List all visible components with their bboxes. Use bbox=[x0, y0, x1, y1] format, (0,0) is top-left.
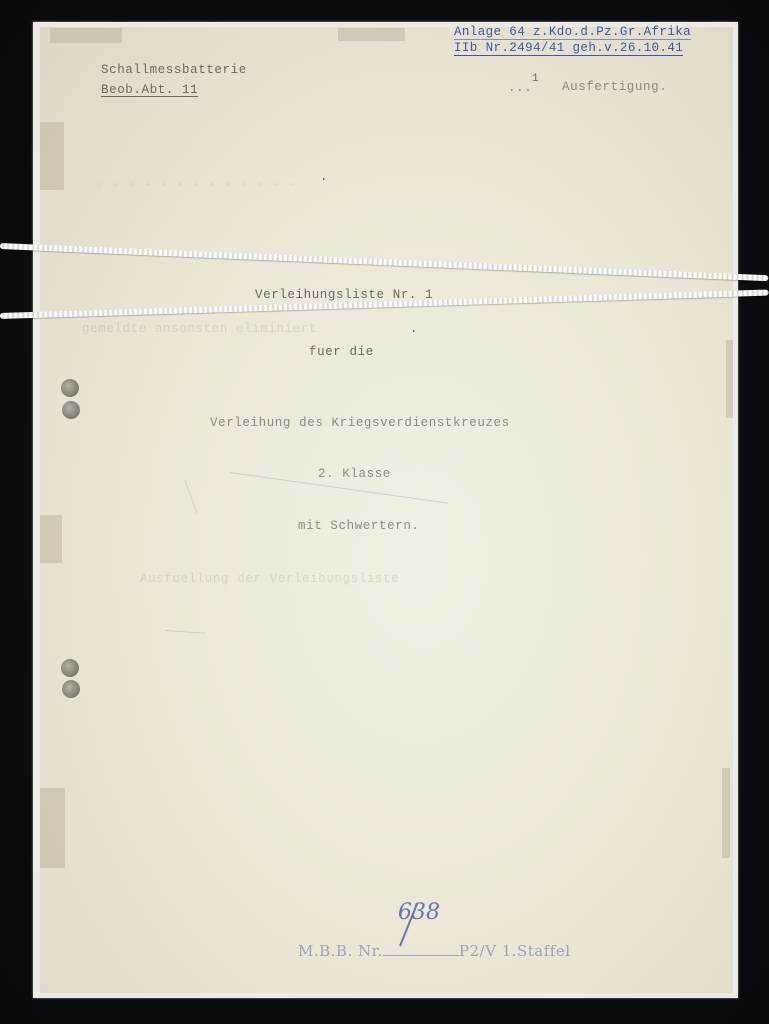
bleed-through-text: Ausfuellung der Verleihungsliste bbox=[140, 572, 399, 586]
mounting-tape bbox=[338, 28, 405, 41]
bleed-through-text: gemeldte ansonsten eliminiert bbox=[82, 322, 317, 336]
stray-dot: . bbox=[320, 170, 328, 184]
mounting-tape bbox=[40, 122, 64, 190]
body-line-fuer-die: fuer die bbox=[309, 345, 374, 359]
punch-hole bbox=[62, 680, 80, 698]
mounting-tape bbox=[40, 515, 62, 563]
bleed-through-dots: . . . . . . . . . . . . . bbox=[95, 175, 298, 189]
punch-hole bbox=[61, 659, 79, 677]
mounting-tape bbox=[726, 340, 733, 418]
body-line-swords: mit Schwertern. bbox=[298, 519, 420, 533]
mounting-tape bbox=[40, 788, 65, 868]
copy-label: Ausfertigung. bbox=[562, 80, 667, 94]
unit-subdivision: Beob.Abt. 11 bbox=[101, 83, 198, 97]
footer-stamp-suffix: P2/V 1.Staffel bbox=[459, 942, 571, 960]
unit-name: Schallmessbatterie bbox=[101, 63, 247, 77]
stray-dot: . bbox=[410, 322, 418, 336]
punch-hole bbox=[61, 379, 79, 397]
body-line-award: Verleihung des Kriegsverdienstkreuzes bbox=[210, 416, 510, 430]
reference-stamp-line1: Anlage 64 z.Kdo.d.Pz.Gr.Afrika bbox=[454, 25, 691, 40]
footer-stamp-prefix: M.B.B. Nr. bbox=[298, 942, 383, 960]
reference-stamp-line2: IIb Nr.2494/41 geh.v.26.10.41 bbox=[454, 41, 683, 56]
copy-number-prefix: ... bbox=[508, 81, 532, 95]
mounting-tape bbox=[50, 28, 122, 43]
footer-number-blank bbox=[383, 943, 459, 956]
handwritten-registry-number: 638 bbox=[398, 900, 440, 925]
document-page bbox=[40, 27, 733, 993]
footer-registry-stamp: M.B.B. Nr.P2/V 1.Staffel bbox=[298, 942, 571, 960]
mounting-tape bbox=[722, 768, 730, 858]
punch-hole bbox=[62, 401, 80, 419]
copy-number: 1 bbox=[532, 73, 539, 85]
body-line-class: 2. Klasse bbox=[318, 467, 391, 481]
scan-stage: gemeldte ansonsten eliminiert Ausfuellun… bbox=[0, 0, 769, 1024]
